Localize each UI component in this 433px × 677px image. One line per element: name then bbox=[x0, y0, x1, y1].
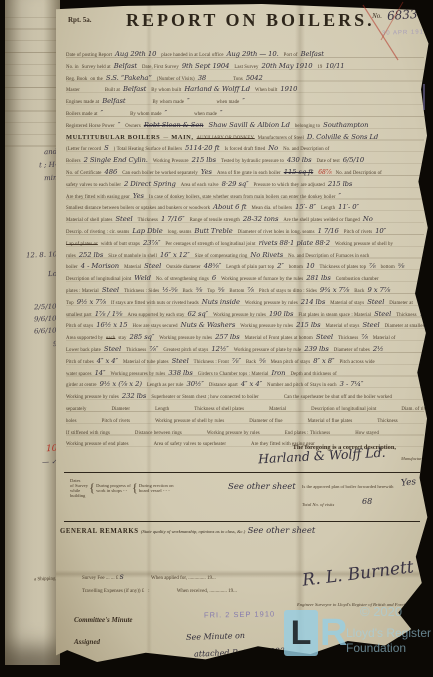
handwritten-value: ⅞ bbox=[247, 286, 254, 294]
handwritten-value: 4″ x 4″ bbox=[241, 380, 262, 388]
handwritten-value: Steel bbox=[362, 321, 379, 329]
handwritten-value: 4″ x 4″ bbox=[97, 357, 118, 365]
printed-label: Working pressure of end plates bbox=[66, 442, 129, 447]
handwritten-value: 1⅝″ bbox=[420, 310, 433, 318]
general-remarks-paren: (State quality of workmanship, opinions … bbox=[141, 529, 245, 534]
printed-label: 19 bbox=[317, 65, 322, 70]
handwritten-value: 62 sq″ bbox=[187, 310, 208, 318]
handwritten-value: ″ bbox=[242, 97, 244, 105]
printed-label: Thickness : Front bbox=[194, 360, 229, 365]
approved-plan-question: Is the approved plan of boiler forwarded… bbox=[302, 484, 393, 489]
margin-note: t ; H- bbox=[39, 161, 57, 170]
form-row: separatelyDiameterLengthThickness of she… bbox=[66, 400, 424, 412]
printed-label: Pitch of rivets bbox=[102, 419, 130, 424]
assigned-label: Assigned bbox=[74, 638, 100, 646]
form-row: Pitch of stays16½ x 15How are stays secu… bbox=[66, 317, 424, 329]
margin-note: min bbox=[43, 174, 57, 182]
handwritten-value: 232 lbs bbox=[122, 392, 146, 400]
printed-label: Diameter of flue bbox=[249, 419, 282, 424]
handwritten-value: 30½″ bbox=[186, 380, 203, 388]
total-visits-value: 68 bbox=[362, 497, 372, 506]
committee-minute-label: Committee's Minute bbox=[74, 616, 133, 624]
handwritten-value: 28-32 tons bbox=[243, 215, 278, 223]
handwritten-value: 38 bbox=[198, 74, 206, 82]
form-row: (Letter for recordS) Total Heating Surfa… bbox=[66, 140, 424, 152]
handwritten-value: 5042 bbox=[246, 74, 263, 82]
handwritten-value: Nuts & Washers bbox=[181, 321, 236, 329]
handwritten-value: Steel bbox=[172, 357, 189, 365]
handwritten-value: Aug 29th — 10. bbox=[227, 50, 279, 58]
form-row: Material of shell platesSteelThickness1 … bbox=[66, 211, 424, 223]
scanned-boiler-report: andt ; H-min12. 8. 10Lo2/5/109/6/106/6/1… bbox=[0, 0, 433, 677]
handwritten-value: 239 lbs bbox=[304, 345, 328, 353]
handwritten-value: 48⅝″ bbox=[204, 262, 221, 270]
margin-note: and bbox=[44, 148, 57, 156]
handwritten-value: 9½ x 7⅞ bbox=[77, 298, 106, 306]
handwritten-value: Steel bbox=[102, 286, 119, 294]
handwritten-value: 9th Sept 1904 bbox=[182, 62, 230, 70]
handwritten-value: Yes bbox=[201, 168, 212, 176]
page-title: REPORT ON BOILERS. bbox=[126, 10, 375, 31]
general-remarks-value: See other sheet bbox=[248, 526, 316, 536]
form-row: Are they fitted with easing gearYesIn ca… bbox=[66, 188, 424, 200]
report-page: Rpt. 5a. REPORT ON BOILERS. No. 6833 30 … bbox=[56, 4, 430, 662]
handwritten-value: 6 bbox=[212, 274, 216, 282]
margin-note: 2/5/10 bbox=[34, 303, 57, 312]
printed-label: Top bbox=[66, 301, 74, 306]
travel-label: Travelling Expenses (if any)) £ bbox=[82, 589, 144, 594]
handwritten-value: 214 lbs bbox=[301, 298, 325, 306]
margin-note: 9/6/10 bbox=[34, 315, 57, 324]
handwritten-value: 23⅞″ bbox=[143, 239, 160, 247]
handwritten-value: ″ bbox=[339, 192, 341, 200]
applied-for: When applied for, .............. 19... bbox=[151, 572, 216, 585]
handwritten-value: ½-⅝ bbox=[162, 286, 177, 294]
handwritten-value: 9 x 7⅞ bbox=[367, 286, 390, 294]
handwritten-value: 2 Direct Spring bbox=[124, 180, 176, 188]
handwritten-value: Nuts inside bbox=[202, 298, 240, 306]
handwritten-value: 338 lbs bbox=[168, 369, 192, 377]
form-row: If stiffened with ringsDistance between … bbox=[66, 424, 424, 436]
form-row: No. of Certificate486Can each boiler be … bbox=[66, 164, 424, 176]
printed-label: How stayed bbox=[355, 431, 379, 436]
handwritten-value: 1⅞ / 1⅝ bbox=[95, 310, 123, 318]
form-row: MasterBuilt atBelfastBy whom builtHarlan… bbox=[66, 81, 424, 93]
handwritten-value: S bbox=[104, 144, 109, 152]
handwritten-value: 15′- 8″ bbox=[295, 203, 316, 211]
handwritten-value: 10″ bbox=[375, 227, 386, 235]
handwritten-value: ⅞″ bbox=[232, 357, 241, 365]
handwritten-value: rivets 88·1 plate 88·2 bbox=[259, 239, 330, 247]
surveyor-signature: R. L. Burnett bbox=[301, 557, 415, 590]
handwritten-value: Steel bbox=[104, 345, 121, 353]
printed-label: holes bbox=[66, 419, 77, 424]
travel-expenses-row: Travelling Expenses (if any)) £ : When r… bbox=[82, 585, 237, 598]
total-visits-label: Total No. of visits bbox=[302, 502, 334, 507]
form-rows: Date of posting ReportAug 29th 10place h… bbox=[66, 46, 424, 447]
printed-label: Pitch across wide bbox=[339, 360, 374, 365]
handwritten-value: 215 lbs bbox=[296, 321, 320, 329]
handwritten-value: Steel bbox=[374, 310, 391, 318]
form-row: smallest part1⅞ / 1⅝Area supported by ea… bbox=[66, 306, 424, 318]
handwritten-value: Steel bbox=[316, 333, 333, 341]
printed-label: Diam. of rivet bbox=[401, 407, 429, 412]
handwritten-value: ″ bbox=[118, 121, 120, 129]
form-row: water spaces14″Working pressures by rule… bbox=[66, 365, 424, 377]
form-row: Descrip. of riveting : cir. seamsLap Dbl… bbox=[66, 223, 424, 235]
dates-item-board: During erection on board vessel - - - bbox=[139, 483, 174, 493]
form-row: MULTITUBULAR BOILERS—MAIN,AUXILIARY OR D… bbox=[66, 129, 424, 141]
survey-fee-row: Survey Fee ... ... £ s When applied for,… bbox=[82, 570, 237, 585]
handwritten-value: 3 - 7¼″ bbox=[340, 380, 364, 388]
handwritten-value: Yes bbox=[133, 192, 144, 200]
form-row: Pitch of tubes4″ x 4″Material of tube pl… bbox=[66, 353, 424, 365]
printed-label: Material of stays bbox=[330, 301, 364, 306]
handwritten-value: 2 Single End Cylin. bbox=[84, 156, 148, 164]
handwritten-value: ⅝ bbox=[218, 286, 225, 294]
handwritten-value: 215 lbs bbox=[192, 156, 216, 164]
surveyor-role: Engineer Surveyor to Lloyd's Register of… bbox=[297, 602, 428, 607]
margin-note: — ✓ bbox=[42, 458, 57, 467]
handwritten-value: 16½ x 15 bbox=[96, 321, 127, 329]
margin-note: Lo bbox=[48, 270, 57, 278]
printed-label: Area of safety valves to superheater bbox=[154, 442, 226, 447]
form-row: Lower back plateSteelThickness⅞″Greatest… bbox=[66, 341, 424, 353]
handwritten-value: Aug 29th 10 bbox=[115, 50, 156, 58]
printed-label: Working pressure by rules bbox=[245, 301, 298, 306]
form-row: girder at centre9½ x (⅞ x 2)Length as pe… bbox=[66, 376, 424, 388]
dates-label: Dates of Survey while building bbox=[70, 478, 88, 498]
handwritten-value: 1910 bbox=[280, 85, 297, 93]
handwritten-value: Robt Sloan & Son bbox=[144, 121, 204, 129]
handwritten-value: 190 lbs bbox=[269, 310, 293, 318]
section-divider bbox=[64, 521, 420, 522]
margin-note: 10 bbox=[45, 444, 57, 454]
form-row: plates : MaterialSteelThickness : Sides½… bbox=[66, 282, 424, 294]
adjacent-page-strip: andt ; H-min12. 8. 10Lo2/5/109/6/106/6/1… bbox=[5, 0, 60, 665]
purple-margin-mark bbox=[423, 84, 425, 110]
handwritten-value: Steel bbox=[144, 262, 161, 270]
handwritten-value: 8″ x 8″ bbox=[313, 357, 334, 365]
printed-label: Material of tube plates bbox=[123, 360, 169, 365]
handwritten-value: 115 sq ft bbox=[284, 168, 313, 176]
handwritten-value: No bbox=[363, 215, 373, 223]
handwritten-value: 14″ bbox=[95, 369, 106, 377]
printed-label: If stays are fitted with nuts or riveted… bbox=[111, 301, 199, 306]
assigned-value-line1: See Minute on bbox=[186, 631, 245, 642]
red-correction: 68⅞ bbox=[318, 169, 331, 176]
handwritten-value: No bbox=[268, 144, 278, 152]
margin-note: 6/6/10 bbox=[34, 327, 57, 336]
handwritten-value: ⅝ bbox=[398, 262, 405, 270]
handwritten-value: Belfast bbox=[114, 62, 137, 70]
fees-block: Survey Fee ... ... £ s When applied for,… bbox=[82, 570, 237, 598]
handwritten-value: ″ bbox=[220, 109, 222, 117]
handwritten-value: 430 lbs bbox=[287, 156, 311, 164]
margin-note: a Shipping. bbox=[34, 577, 57, 583]
handwritten-value: Belfast bbox=[102, 97, 125, 105]
general-remarks-label: GENERAL REMARKS bbox=[60, 528, 139, 535]
received-when: When received, .............. 19... bbox=[177, 585, 237, 598]
handwritten-value: ⅞″ bbox=[149, 345, 158, 353]
handwritten-value: 486 bbox=[105, 168, 118, 176]
form-row: Registered Horse Power″OwnersRobt Sloan … bbox=[66, 117, 424, 129]
form-row: Boilers2 Single End Cylin.Working Pressu… bbox=[66, 152, 424, 164]
handwritten-value: 9¾ x 7⅞ bbox=[320, 286, 349, 294]
form-row: rules252 lbsSize of manhole in shell16″ … bbox=[66, 247, 424, 259]
general-remarks-row: GENERAL REMARKS (State quality of workma… bbox=[60, 526, 426, 536]
ruled-lines bbox=[5, 6, 60, 154]
handwritten-value: Harland & Wolff Ld bbox=[184, 85, 250, 93]
form-row: safety valves to each boiler2 Direct Spr… bbox=[66, 176, 424, 188]
approved-plan-answer: Yes bbox=[400, 477, 416, 489]
handwritten-value: 5114·20 ft bbox=[185, 144, 220, 152]
handwritten-value: ⅝ bbox=[196, 286, 203, 294]
handwritten-value: 285 sq″ bbox=[129, 333, 154, 341]
form-row: Reg. Bookon theS.S. “Pakeha”(Number of V… bbox=[66, 70, 424, 82]
handwritten-value: 12½″ bbox=[211, 345, 228, 353]
form-row: Lap of plates orwidth of butt straps23⅞″… bbox=[66, 235, 424, 247]
form-row: boiler4 - MorisonMaterialSteelOutside di… bbox=[66, 258, 424, 270]
handwritten-value: 10 bbox=[306, 262, 314, 270]
handwritten-value: Weld bbox=[134, 274, 151, 282]
handwritten-value: Belfast bbox=[123, 85, 146, 93]
form-row: holesPitch of rivetsWorking pressure of … bbox=[66, 412, 424, 424]
handwritten-value: 11′- 0″ bbox=[338, 203, 359, 211]
dates-of-survey-block: Dates of Survey while building { During … bbox=[70, 478, 422, 520]
form-row: Boilers made at″By whom made″when made″ bbox=[66, 105, 424, 117]
handwritten-value: D. Colville & Sons Ld bbox=[307, 133, 378, 141]
printed-label: Diameter at bbox=[389, 301, 413, 306]
printed-label: Thickness bbox=[377, 419, 397, 424]
form-row: Smallest distance between boilers or upt… bbox=[66, 199, 424, 211]
handwritten-value: 16″ x 12″ bbox=[160, 251, 190, 259]
handwritten-value: S.S. “Pakeha” bbox=[106, 74, 152, 82]
handwritten-value: 4 - Morison bbox=[81, 262, 119, 270]
handwritten-value: Steel bbox=[116, 215, 133, 223]
handwritten-value: 10/11 bbox=[325, 62, 344, 70]
form-row: Area supported byeachstay285 sq″Working … bbox=[66, 329, 424, 341]
handwritten-value: 281 lbs bbox=[306, 274, 330, 282]
printed-label: When built bbox=[255, 88, 277, 93]
handwritten-value: 1 7/16″ bbox=[161, 215, 185, 223]
handwritten-value: ⅞ bbox=[361, 333, 368, 341]
handwritten-value: Belfast bbox=[301, 50, 324, 58]
section-divider bbox=[64, 472, 420, 473]
handwritten-value: About 6 ft bbox=[213, 203, 246, 211]
handwritten-value: 9½ x (⅞ x 2) bbox=[100, 380, 142, 388]
form-row: Working pressure by rules232 lbsSuperhea… bbox=[66, 388, 424, 400]
brace: { bbox=[132, 481, 138, 495]
form-row: Top9½ x 7⅞If stays are fitted with nuts … bbox=[66, 294, 424, 306]
handwritten-value: 257 lbs bbox=[215, 333, 239, 341]
printed-label: bottom bbox=[381, 265, 395, 270]
handwritten-value: 1 7/16 bbox=[318, 227, 339, 235]
printed-label: Working pressure of shell by rules bbox=[155, 419, 224, 424]
handwritten-value: Lap Dble bbox=[132, 227, 162, 235]
report-form-number: Rpt. 5a. bbox=[68, 16, 92, 24]
handwritten-value: 2″ bbox=[277, 262, 284, 270]
handwritten-value: Shaw Savill & Albion Ld bbox=[209, 121, 290, 129]
handwritten-value: 20th May 1910 bbox=[262, 62, 313, 70]
printed-label: Mean pitch of stays bbox=[271, 360, 311, 365]
brace: { bbox=[89, 481, 95, 495]
handwritten-value: 215 lbs bbox=[328, 180, 352, 188]
manufacturer-label: Manufacturer. bbox=[401, 456, 426, 461]
manufacturer-signature: Harland & Wolff Ld. bbox=[258, 445, 386, 467]
printed-label: Material of flue plates bbox=[308, 419, 353, 424]
handwritten-value: ″ bbox=[187, 97, 189, 105]
assigned-value-line2: attached Rpt Bel 6833 bbox=[194, 646, 285, 658]
handwritten-value: Butt Treble bbox=[194, 227, 232, 235]
margin-note: 12. 8. 10 bbox=[26, 250, 57, 259]
handwritten-value: ⅝ bbox=[259, 357, 266, 365]
form-row: Engines made atBelfastBy whom made″when … bbox=[66, 93, 424, 105]
form-row: Description of longitudinal jointWeldNo.… bbox=[66, 270, 424, 282]
dates-value-handwritten: See other sheet bbox=[228, 482, 296, 492]
handwritten-value: Southampton bbox=[323, 121, 368, 129]
handwritten-value: Steel bbox=[367, 298, 384, 306]
survey-fee-mark: s bbox=[120, 572, 124, 581]
handwritten-value: 2½ bbox=[373, 345, 384, 353]
date-stamp: FRI. 2 SEP 1910 bbox=[204, 609, 275, 619]
printed-label: Pitch of tubes bbox=[66, 360, 94, 365]
handwritten-value: 8·29 sq″ bbox=[222, 180, 249, 188]
handwritten-value: Iron bbox=[271, 369, 285, 377]
handwritten-value: 252 lbs bbox=[79, 251, 103, 259]
red-pencil-marks bbox=[343, 0, 433, 70]
handwritten-value: ⅞ bbox=[369, 262, 376, 270]
handwritten-value: 6/5/10 bbox=[343, 156, 364, 164]
survey-fee-label: Survey Fee ... ... £ bbox=[82, 576, 118, 581]
handwritten-value: ″ bbox=[101, 109, 103, 117]
handwritten-value: ″ bbox=[165, 109, 167, 117]
dates-item-shops: During progress of work in shops - - bbox=[96, 483, 131, 493]
printed-label: Back bbox=[246, 360, 256, 365]
handwritten-value: No Rivets bbox=[250, 251, 283, 259]
